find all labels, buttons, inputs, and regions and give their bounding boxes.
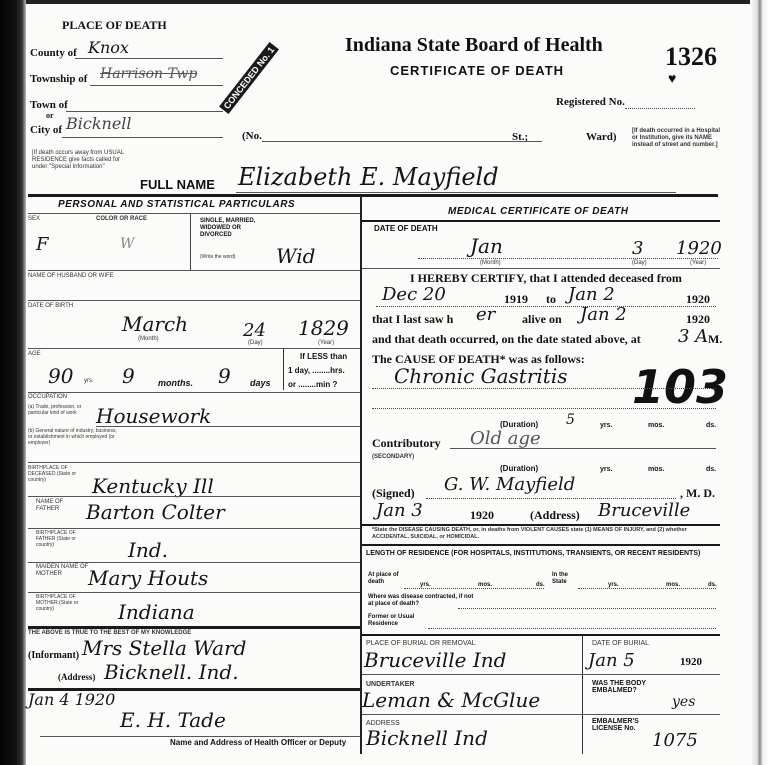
row-line-3 [28, 348, 360, 349]
cause-code: 103 [632, 360, 728, 414]
row-line-7 [28, 528, 360, 529]
physician-address-value: Bruceville [598, 500, 690, 521]
medical-heading: MEDICAL CERTIFICATE OF DEATH [448, 206, 628, 217]
mother-birthplace-value: Indiana [118, 600, 195, 624]
undertaker-value: Leman & McGlue [362, 688, 540, 712]
attended-from-year: 1919 [504, 292, 528, 307]
row-line-6 [28, 496, 360, 497]
marital-divider [190, 214, 191, 270]
sex-value: F [36, 234, 49, 255]
death-date-divider [362, 268, 720, 269]
conceded-stamp: CONCEDED No. 1 [219, 42, 279, 114]
city-value: Bicknell [66, 114, 132, 133]
cause-of-death-value: Chronic Gastritis [394, 364, 567, 388]
physician-address-label: (Address) [530, 508, 580, 523]
age-months-caption: months. [158, 378, 193, 388]
at-place-label: At place of death [368, 572, 408, 586]
informant-value: Mrs Stella Ward [82, 636, 246, 660]
date-of-death-label: DATE OF DEATH [374, 224, 438, 233]
county-label: County of [30, 47, 77, 59]
father-label: NAME OF FATHER [36, 499, 76, 513]
informant-address-value: Bicknell. Ind. [104, 660, 239, 684]
signed-label: (Signed) [372, 486, 415, 501]
full-name-line [236, 192, 676, 193]
duration-mos-caption: mos. [648, 422, 664, 429]
ward-label: Ward) [586, 131, 617, 143]
page-edge-shadow [750, 0, 768, 765]
age-years-caption: yrs. [84, 378, 94, 385]
duration-2-mos-caption: mos. [648, 466, 664, 473]
occupation-value: Housework [96, 404, 211, 428]
license-value: 1075 [652, 730, 698, 751]
duration-years: 5 [566, 412, 575, 428]
burial-place-label: PLACE OF BURIAL OR REMOVAL [366, 640, 476, 647]
signed-date: Jan 3 [376, 500, 423, 521]
less-than-label: If LESS than [300, 352, 347, 361]
township-value: Harrison Twp [100, 66, 197, 82]
informant-label: (Informant) [28, 650, 79, 661]
death-year: 1920 [676, 238, 722, 259]
cause-footnote: *State the DISEASE CAUSING DEATH, or, in… [372, 527, 712, 541]
full-name-value: Elizabeth E. Mayfield [238, 163, 499, 191]
burial-line-2 [362, 714, 720, 715]
personal-heading-line [28, 213, 360, 214]
md-label: , M. D. [680, 486, 715, 501]
footnote-divider [362, 524, 720, 526]
age-months: 9 [122, 364, 135, 388]
death-time-suffix: M. [708, 332, 722, 347]
column-divider [360, 196, 362, 636]
name-divider [28, 194, 718, 197]
last-saw-pronoun: er [476, 304, 495, 325]
death-year-caption: (Year) [690, 260, 706, 267]
or-label: or [46, 111, 54, 120]
signed-line [426, 498, 676, 499]
former-residence-label: Former or Usual Residence [368, 614, 428, 628]
filed-date: Jan 4 1920 [28, 690, 115, 709]
death-time: 3 A [678, 326, 708, 347]
attended-from: Dec 20 [382, 284, 446, 305]
occupation-label: OCCUPATION [28, 394, 67, 401]
at-place-yrs: yrs. [420, 582, 431, 589]
signed-year: 1920 [470, 508, 494, 523]
contributory-label: Contributory [372, 436, 441, 451]
street-no-label: (No. [242, 130, 262, 142]
duration-yrs-caption: yrs. [600, 422, 612, 429]
in-state-yrs: yrs. [608, 582, 619, 589]
one-day-label: 1 day, ........hrs. [288, 366, 345, 375]
father-value: Barton Colter [86, 500, 225, 524]
row-line-4 [28, 392, 360, 393]
burial-divider [362, 634, 720, 636]
age-label: AGE [28, 351, 41, 358]
health-officer-signature: E. H. Tade [120, 708, 226, 732]
row-line-5 [28, 462, 360, 463]
birthplace-label: BIRTHPLACE OF DECEASED (State or country… [28, 465, 84, 483]
last-saw-year: 1920 [686, 312, 710, 327]
knowledge-divider [28, 626, 360, 629]
certificate-number: 1326 [665, 42, 717, 72]
burial-line-1 [362, 674, 720, 675]
color-value: W [120, 236, 134, 252]
to-label: to [546, 292, 556, 307]
marital-value: Wid [276, 244, 315, 268]
sex-label: SEX [28, 216, 40, 223]
informant-address-label: (Address) [58, 672, 95, 682]
usual-residence-note: [If death occurs away from USUAL RESIDEN… [32, 150, 127, 171]
row-line-1 [28, 270, 360, 271]
death-certificate-scan: PLACE OF DEATH Indiana State Board of He… [0, 0, 768, 765]
registered-no-line [625, 108, 695, 109]
duration-label-2: (Duration) [500, 464, 538, 473]
contracted-label: Where was disease contracted, if not at … [368, 594, 478, 608]
binding-shadow [0, 0, 26, 765]
death-day: 3 [632, 238, 643, 259]
undertaker-address-value: Bicknell Ind [366, 726, 488, 750]
township-label: Township of [30, 73, 87, 85]
birth-year: 1829 [298, 316, 349, 340]
marital-label: SINGLE, MARRIED, WIDOWED OR DIVORCED [200, 218, 272, 239]
occupation-a-label: (a) Trade, profession, or particular kin… [28, 404, 94, 416]
at-place-mos: mos. [478, 582, 492, 589]
birthplace-value: Kentucky Ill [92, 474, 214, 498]
death-day-caption: (Day) [632, 260, 647, 267]
county-value: Knox [88, 38, 129, 57]
duration-ds-caption: ds. [706, 422, 716, 429]
undertaker-label: UNDERTAKER [366, 681, 414, 688]
spouse-label: NAME OF HUSBAND OR WIFE [28, 273, 114, 280]
attended-to: Jan 2 [568, 284, 615, 305]
registered-no-label: Registered No. [556, 96, 625, 108]
birth-month-caption: (Month) [138, 336, 159, 343]
medical-heading-line [362, 220, 720, 222]
former-residence-line [428, 628, 716, 629]
duration-2-ds-caption: ds. [706, 466, 716, 473]
attended-line [376, 306, 716, 307]
mother-birthplace-label: BIRTHPLACE OF MOTHER (State or country) [36, 594, 92, 612]
residence-divider [362, 544, 720, 546]
death-month: Jan [470, 234, 503, 258]
burial-date-value: Jan 5 [588, 650, 635, 671]
certificate-subtitle: CERTIFICATE OF DEATH [390, 63, 564, 78]
township-line [90, 85, 223, 86]
birth-year-caption: (Year) [318, 340, 334, 347]
mother-label: MAIDEN NAME OF MOTHER [36, 564, 92, 578]
town-line [66, 111, 223, 112]
secondary-label: (SECONDARY) [372, 454, 414, 461]
city-line [62, 137, 223, 138]
county-line [75, 58, 223, 59]
street-line [262, 141, 542, 142]
in-state-ds: ds. [708, 582, 717, 589]
street-st-label: St.; [512, 131, 528, 143]
burial-column-divider [582, 636, 583, 754]
in-state-mos: mos. [666, 582, 680, 589]
embalmed-value: yes [672, 694, 695, 710]
father-birthplace-value: Ind. [128, 538, 168, 562]
full-name-label: FULL NAME [140, 177, 215, 192]
health-officer-label: Name and Address of Health Officer or De… [170, 738, 346, 747]
contracted-line [458, 608, 716, 609]
mother-value: Mary Houts [88, 566, 208, 590]
age-days-caption: days [250, 378, 271, 388]
death-date-line [418, 258, 718, 259]
or-min-label: or ........min ? [288, 380, 337, 389]
birth-date-label: DATE OF BIRTH [28, 303, 73, 310]
last-saw-date: Jan 2 [580, 304, 627, 325]
row-line-2 [28, 300, 360, 301]
city-label: City of [30, 124, 62, 136]
age-years: 90 [48, 364, 73, 388]
health-officer-line [40, 736, 360, 737]
burial-date-label: DATE OF BURIAL [592, 640, 649, 647]
row-line-9 [28, 592, 360, 593]
age-days: 9 [218, 364, 231, 388]
contributory-line [450, 448, 716, 449]
heart-mark-icon: ♥ [668, 72, 676, 88]
personal-heading: PERSONAL AND STATISTICAL PARTICULARS [58, 199, 295, 210]
color-label: COLOR OR RACE [96, 216, 147, 223]
occupation-line [96, 426, 360, 427]
last-saw-text-1: that I last saw h [372, 312, 453, 327]
hospital-note: [If death occurred in a Hospital or Inst… [632, 128, 727, 149]
marital-note: (Write the word) [200, 254, 235, 261]
in-state-line [578, 588, 716, 589]
contributory-value: Old age [470, 428, 541, 449]
place-of-death-heading: PLACE OF DEATH [62, 18, 167, 33]
board-title: Indiana State Board of Health [345, 34, 603, 57]
birth-month: March [122, 312, 188, 336]
burial-place-value: Bruceville Ind [364, 648, 506, 672]
birth-day: 24 [243, 320, 266, 341]
embalmed-label: WAS THE BODY EMBALMED? [592, 680, 672, 694]
occurred-text: and that death occurred, on the date sta… [372, 332, 641, 347]
scan-top-edge [0, 0, 768, 4]
town-label: Town of [30, 99, 68, 111]
row-line-8 [28, 562, 360, 563]
in-state-label: In the State [552, 572, 582, 586]
cause-line-2 [372, 408, 716, 409]
occupation-b-label: (b) General nature of industry, business… [28, 428, 120, 446]
attended-to-year: 1920 [686, 292, 710, 307]
death-month-caption: (Month) [480, 260, 501, 267]
at-place-ds: ds. [536, 582, 545, 589]
duration-2-yrs-caption: yrs. [600, 466, 612, 473]
less-than-divider [283, 348, 284, 390]
birth-day-caption: (Day) [248, 340, 263, 347]
father-birthplace-label: BIRTHPLACE OF FATHER (State or country) [36, 530, 92, 548]
physician-signature: G. W. Mayfield [444, 474, 575, 495]
certify-text: I HEREBY CERTIFY, that I attended deceas… [410, 271, 682, 286]
last-saw-text-2: alive on [522, 312, 562, 327]
burial-date-year: 1920 [680, 656, 702, 668]
license-label: EMBALMER'S LICENSE No. [592, 718, 652, 732]
cause-line-1 [372, 388, 716, 389]
residence-heading: LENGTH OF RESIDENCE (FOR HOSPITALS, INST… [366, 549, 716, 558]
